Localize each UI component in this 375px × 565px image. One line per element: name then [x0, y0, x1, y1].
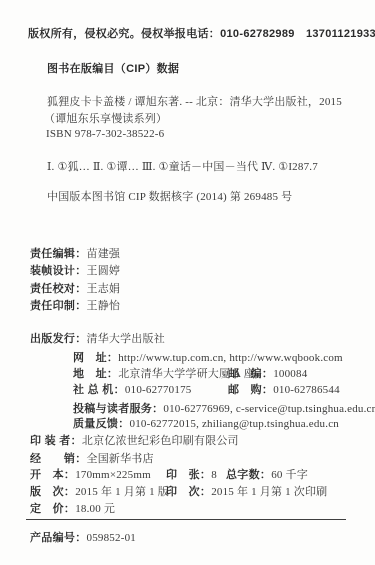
field-label: 责任校对： — [30, 283, 87, 295]
cip-heading: 图书在版编目（CIP）数据 — [47, 62, 179, 77]
field-label: 网 址： — [73, 352, 118, 364]
field-value: 2015 年 1 月第 1 次印刷 — [211, 486, 327, 498]
field-label: 邮 编： — [228, 368, 273, 380]
publisher-row: 出版发行：清华大学出版社 — [30, 332, 165, 347]
postcode-cell: 邮 编：100084 — [228, 367, 307, 382]
field-value: 北京亿浓世纪彩色印刷有限公司 — [82, 435, 239, 447]
copyright-notice: 版权所有，侵权必究。侵权举报电话：010-62782989 1370112193… — [28, 27, 375, 42]
field-value: 王静怡 — [87, 300, 121, 312]
staff-row-proofreader: 责任校对：王志娟 — [30, 282, 120, 297]
printer-row: 印 装 者：北京亿浓世纪彩色印刷有限公司 — [30, 434, 239, 449]
website-row: 网 址：http://www.tup.com.cn, http://www.wq… — [73, 351, 343, 366]
field-value: 王圆婷 — [87, 265, 121, 277]
staff-row-designer: 装帧设计：王圆婷 — [30, 264, 120, 279]
field-label: 质量反馈： — [73, 418, 130, 430]
quality-feedback-row: 质量反馈：010-62772015, zhiliang@tup.tsinghua… — [73, 417, 339, 432]
field-value: 010-62770175 — [125, 384, 192, 396]
field-label: 总字数： — [226, 469, 271, 481]
cip-isbn-line: ISBN 978-7-302-38522-6 — [46, 127, 164, 142]
staff-row-editor: 责任编辑：苗建强 — [30, 247, 120, 262]
field-label: 地 址： — [73, 368, 118, 380]
field-label: 定 价： — [30, 503, 75, 515]
field-value: 100084 — [273, 368, 307, 380]
field-label: 装帧设计： — [30, 265, 87, 277]
cip-title-line: 狐狸皮卡卡盖楼 / 谭旭东著. -- 北京：清华大学出版社，2015 — [47, 95, 342, 110]
field-value: 059852-01 — [87, 532, 136, 544]
field-value: 60 千字 — [271, 469, 308, 481]
field-label: 投稿与读者服务： — [73, 403, 163, 415]
field-value: 2015 年 1 月第 1 版 — [75, 486, 169, 498]
switchboard-row: 社 总 机：010-62770175 — [73, 383, 192, 398]
cip-series-line: （谭旭东乐享慢读系列） — [44, 112, 167, 127]
field-label: 责任印制： — [30, 300, 87, 312]
staff-row-printing-supervisor: 责任印制：王静怡 — [30, 299, 120, 314]
field-value: 苗建强 — [87, 248, 121, 260]
field-label: 责任编辑： — [30, 248, 87, 260]
field-label: 印 次： — [166, 486, 211, 498]
reader-service-row: 投稿与读者服务：010-62776969, c-service@tup.tsin… — [73, 402, 375, 417]
field-value: 010-62772015, zhiliang@tup.tsinghua.edu.… — [130, 418, 339, 430]
sheets-cell: 印 张：8 — [166, 468, 217, 483]
copyright-page: 版权所有，侵权必究。侵权举报电话：010-62782989 1370112193… — [0, 0, 375, 565]
website-urls: http://www.tup.com.cn, http://www.wqbook… — [118, 352, 343, 364]
cip-classification: Ⅰ. ①狐… Ⅱ. ①谭… Ⅲ. ①童话－中国－当代 Ⅳ. ①I287.7 — [47, 160, 318, 175]
word-count-cell: 总字数：60 千字 — [226, 468, 308, 483]
field-label: 邮 购： — [228, 384, 273, 396]
mail-order-cell: 邮 购：010-62786544 — [228, 383, 340, 398]
field-value: 8 — [211, 469, 217, 481]
field-value: 全国新华书店 — [87, 453, 154, 465]
field-value: 18.00 元 — [75, 503, 115, 515]
cip-registry: 中国版本图书馆 CIP 数据核字 (2014) 第 269485 号 — [47, 190, 292, 205]
field-value: 010-62776969, c-service@tup.tsinghua.edu… — [163, 403, 375, 415]
field-label: 经 销： — [30, 453, 87, 465]
edition-row: 版 次：2015 年 1 月第 1 版 — [30, 485, 169, 500]
impression-cell: 印 次：2015 年 1 月第 1 次印刷 — [166, 485, 327, 500]
field-value: 010-62786544 — [273, 384, 340, 396]
field-label: 开 本： — [30, 469, 75, 481]
distributor-row: 经 销：全国新华书店 — [30, 452, 154, 467]
field-label: 版 次： — [30, 486, 75, 498]
field-label: 产品编号： — [30, 532, 87, 544]
field-label: 印 装 者： — [30, 435, 82, 447]
field-value: 王志娟 — [87, 283, 121, 295]
product-number-row: 产品编号：059852-01 — [30, 531, 136, 546]
field-value: 170mm×225mm — [75, 469, 151, 481]
field-label: 社 总 机： — [73, 384, 125, 396]
format-row: 开 本：170mm×225mm — [30, 468, 151, 483]
price-row: 定 价：18.00 元 — [30, 502, 115, 517]
divider-rule — [26, 519, 346, 520]
field-label: 出版发行： — [30, 333, 87, 345]
field-label: 印 张： — [166, 469, 211, 481]
field-value: 清华大学出版社 — [87, 333, 165, 345]
